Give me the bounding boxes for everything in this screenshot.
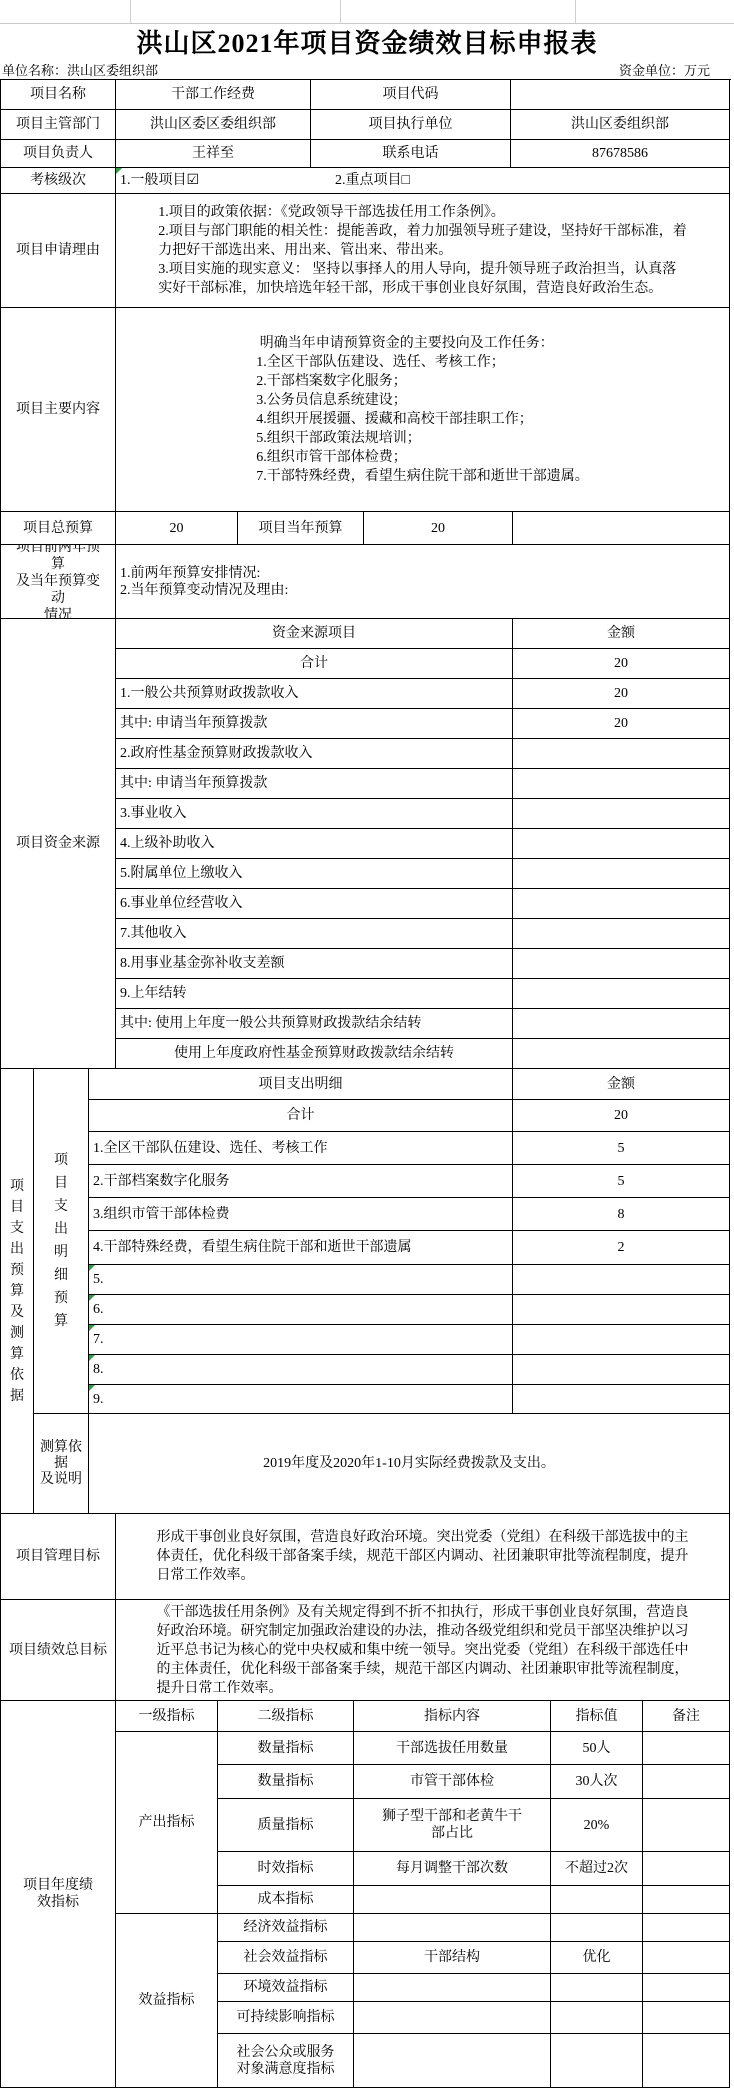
- expenditure-row: 1.全区干部队伍建设、选任、考核工作 5: [89, 1132, 730, 1165]
- gridline: [340, 0, 341, 23]
- indicator-group-label: 效益指标: [116, 1914, 218, 2088]
- row-project-name: 项目名称 干部工作经费 项目代码: [1, 80, 731, 110]
- form-table: 项目名称 干部工作经费 项目代码 项目主管部门 洪山区委区委组织部 项目执行单位…: [0, 79, 731, 2088]
- expenditure-row: 7.: [89, 1325, 730, 1355]
- cell-marker-icon: [89, 1355, 95, 1361]
- dept-value[interactable]: 洪山区委区委组织部: [116, 110, 311, 140]
- cell-marker-icon: [89, 1325, 95, 1331]
- funding-col-item: 资金来源项目: [116, 619, 513, 649]
- spreadsheet-form: 洪山区2021年项目资金绩效目标申报表 单位名称：洪山区委组织部 资金单位：万元…: [0, 0, 734, 2088]
- funding-row: 合计 20: [116, 649, 730, 679]
- expenditure-outer-label: 项目支出预算及测算依据: [1, 1069, 34, 1514]
- indicator-note[interactable]: [643, 2034, 730, 2088]
- indicator-row: 社会公众或服务 对象满意度指标: [218, 2034, 730, 2088]
- prev-budget-label: 项目前两年预算 及当年预算变动 情况: [1, 545, 116, 619]
- funding-amount[interactable]: 20: [513, 679, 730, 709]
- leader-value[interactable]: 王祥至: [116, 140, 311, 168]
- indicator-secondary: 时效指标: [218, 1852, 354, 1886]
- indicator-content[interactable]: [354, 1974, 551, 2002]
- funding-item[interactable]: 2.政府性基金预算财政拨款收入: [116, 739, 513, 769]
- funding-amount[interactable]: [513, 1009, 730, 1039]
- indicator-value[interactable]: [551, 2002, 643, 2034]
- funding-amount[interactable]: [513, 799, 730, 829]
- funding-section-label: 项目资金来源: [1, 619, 116, 1069]
- project-name-label: 项目名称: [1, 80, 116, 110]
- funding-col-amount: 金额: [513, 619, 730, 649]
- expenditure-detail-label: 项目支出明细预算: [34, 1069, 89, 1414]
- row-assess-level: 考核级次 1.一般项目☑ 2.重点项目□: [1, 168, 731, 194]
- expenditure-amount[interactable]: [513, 1385, 730, 1414]
- unit-name: 单位名称：洪山区委组织部: [0, 62, 158, 79]
- funding-item[interactable]: 4.上级补助收入: [116, 829, 513, 859]
- expenditure-detail-rows: 项目支出明细 金额 合计 20 1.全区干部队伍建设、选任、考核工作 5 2: [89, 1069, 730, 1414]
- indicator-value[interactable]: 20%: [551, 1799, 643, 1852]
- indicator-content[interactable]: 干部选拔任用数量: [354, 1732, 551, 1765]
- assess-level-label: 考核级次: [1, 168, 116, 194]
- expenditure-row: 2.干部档案数字化服务 5: [89, 1165, 730, 1198]
- indicator-value[interactable]: [551, 1886, 643, 1914]
- indicators-col-secondary: 二级指标: [218, 1701, 354, 1732]
- expenditure-item[interactable]: 合计: [89, 1100, 513, 1132]
- funding-row: 其中: 申请当年预算拨款 20: [116, 709, 730, 739]
- expenditure-section: 项目支出预算及测算依据 项目支出明细预算 项目支出明细 金额 合计 20: [1, 1069, 731, 1514]
- expenditure-amount[interactable]: 20: [513, 1100, 730, 1132]
- calc-basis-text[interactable]: 2019年度及2020年1-10月实际经费拨款及支出。: [89, 1414, 730, 1514]
- indicator-content[interactable]: [354, 2034, 551, 2088]
- expenditure-item[interactable]: 8.: [89, 1355, 513, 1385]
- indicator-value[interactable]: 50人: [551, 1732, 643, 1765]
- row-main-content: 项目主要内容 明确当年申请预算资金的主要投向及工作任务： 1.全区干部队伍建设、…: [1, 308, 731, 512]
- form-title: 洪山区2021年项目资金绩效目标申报表: [0, 24, 734, 62]
- indicator-content[interactable]: 狮子型干部和老黄牛干 部占比: [354, 1799, 551, 1852]
- funding-item[interactable]: 5.附属单位上缴收入: [116, 859, 513, 889]
- expenditure-amount[interactable]: 5: [513, 1132, 730, 1165]
- cell-marker-icon: [89, 1295, 95, 1301]
- indicator-secondary: 成本指标: [218, 1886, 354, 1914]
- indicator-note[interactable]: [643, 1914, 730, 1942]
- expenditure-inner: 项目支出明细预算 项目支出明细 金额 合计 20 1.全区干部队伍建设、选任、考…: [34, 1069, 730, 1514]
- indicator-group-rows: 数量指标 干部选拔任用数量 50人 数量指标 市管干部体检 30人次: [218, 1732, 730, 1914]
- funding-item[interactable]: 9.上年结转: [116, 979, 513, 1009]
- indicator-value[interactable]: 不超过2次: [551, 1852, 643, 1886]
- expenditure-item[interactable]: 2.干部档案数字化服务: [89, 1165, 513, 1198]
- expenditure-item[interactable]: 1.全区干部队伍建设、选任、考核工作: [89, 1132, 513, 1165]
- indicator-group-output: 产出指标 数量指标 干部选拔任用数量 50人 数量指标 市管干部体检 30人次: [116, 1732, 730, 1914]
- funding-item[interactable]: 6.事业单位经营收入: [116, 889, 513, 919]
- indicator-value[interactable]: [551, 2034, 643, 2088]
- indicator-secondary: 质量指标: [218, 1799, 354, 1852]
- prev-budget-text[interactable]: 1.前两年预算安排情况: 2.当年预算变动情况及理由:: [116, 545, 730, 619]
- phone-label: 联系电话: [311, 140, 511, 168]
- indicator-note[interactable]: [643, 1974, 730, 2002]
- indicators-header-row: 一级指标 二级指标 指标内容 指标值 备注: [116, 1701, 730, 1732]
- indicator-value[interactable]: 优化: [551, 1942, 643, 1974]
- indicators-table: 一级指标 二级指标 指标内容 指标值 备注 产出指标 数量指标 干部选拔任用数量…: [116, 1701, 730, 2088]
- total-budget-value[interactable]: 20: [116, 512, 238, 545]
- indicator-content[interactable]: [354, 2002, 551, 2034]
- indicator-note[interactable]: [643, 1852, 730, 1886]
- funding-row: 9.上年结转: [116, 979, 730, 1009]
- indicators-section: 项目年度绩效指标 一级指标 二级指标 指标内容 指标值 备注 产出指标 数量指标…: [1, 1701, 731, 2088]
- expenditure-amount[interactable]: [513, 1295, 730, 1325]
- indicator-note[interactable]: [643, 1942, 730, 1974]
- expenditure-header-row: 项目支出明细 金额: [89, 1069, 730, 1100]
- row-prev-budget: 项目前两年预算 及当年预算变动 情况 1.前两年预算安排情况: 2.当年预算变动…: [1, 545, 731, 619]
- indicator-value[interactable]: 30人次: [551, 1765, 643, 1799]
- funding-amount[interactable]: [513, 1039, 730, 1069]
- indicator-row: 时效指标 每月调整干部次数 不超过2次: [218, 1852, 730, 1886]
- funding-item[interactable]: 其中: 申请当年预算拨款: [116, 709, 513, 739]
- expenditure-amount[interactable]: [513, 1265, 730, 1295]
- indicator-secondary: 数量指标: [218, 1765, 354, 1799]
- project-name-value[interactable]: 干部工作经费: [116, 80, 311, 110]
- assess-level-value: 1.一般项目☑ 2.重点项目□: [116, 168, 730, 194]
- funding-amount[interactable]: [513, 979, 730, 1009]
- expenditure-amount[interactable]: 5: [513, 1165, 730, 1198]
- funding-item[interactable]: 合计: [116, 649, 513, 679]
- funding-rows: 资金来源项目 金额 合计 20 1.一般公共预算财政拨款收入 20 其中: 申请…: [116, 619, 730, 1069]
- indicator-secondary: 经济效益指标: [218, 1914, 354, 1942]
- form-subline: 单位名称：洪山区委组织部 资金单位：万元: [0, 62, 734, 79]
- indicator-group-label: 产出指标: [116, 1732, 218, 1914]
- indicator-secondary: 社会公众或服务 对象满意度指标: [218, 2034, 354, 2088]
- row-reason: 项目申请理由 1.项目的政策依据：《党政领导干部选拔任用工作条例》。 2.项目与…: [1, 194, 731, 308]
- indicators-col-content: 指标内容: [354, 1701, 551, 1732]
- indicator-value[interactable]: [551, 1974, 643, 2002]
- row-dept: 项目主管部门 洪山区委区委组织部 项目执行单位 洪山区委组织部: [1, 110, 731, 140]
- key-project-checkbox[interactable]: 2.重点项目□: [335, 172, 729, 189]
- budget-blank-cell[interactable]: [513, 512, 730, 545]
- funding-item[interactable]: 8.用事业基金弥补收支差额: [116, 949, 513, 979]
- indicator-row: 数量指标 市管干部体检 30人次: [218, 1765, 730, 1799]
- indicator-row: 环境效益指标: [218, 1974, 730, 2002]
- expenditure-item[interactable]: 3.组织市管干部体检费: [89, 1198, 513, 1231]
- year-budget-value[interactable]: 20: [364, 512, 513, 545]
- indicator-content[interactable]: 每月调整干部次数: [354, 1852, 551, 1886]
- expenditure-amount[interactable]: 8: [513, 1198, 730, 1231]
- funding-row: 2.政府性基金预算财政拨款收入: [116, 739, 730, 769]
- indicator-row: 可持续影响指标: [218, 2002, 730, 2034]
- funding-section: 项目资金来源 资金来源项目 金额 合计 20 1.一般公共预算财政拨款收入 20…: [1, 619, 731, 1069]
- funding-item[interactable]: 7.其他收入: [116, 919, 513, 949]
- phone-value[interactable]: 87678586: [511, 140, 730, 168]
- row-budget: 项目总预算 20 项目当年预算 20: [1, 512, 731, 545]
- reason-text[interactable]: 1.项目的政策依据：《党政领导干部选拔任用工作条例》。 2.项目与部门职能的相关…: [116, 194, 730, 308]
- funding-row: 1.一般公共预算财政拨款收入 20: [116, 679, 730, 709]
- gridline: [130, 0, 131, 23]
- reason-label: 项目申请理由: [1, 194, 116, 308]
- indicator-content[interactable]: 干部结构: [354, 1942, 551, 1974]
- expenditure-col-amount: 金额: [513, 1069, 730, 1100]
- expenditure-row: 4.干部特殊经费，看望生病住院干部和逝世干部遗属 2: [89, 1231, 730, 1265]
- general-project-checkbox[interactable]: 1.一般项目☑: [116, 172, 335, 189]
- indicator-group-benefit: 效益指标 经济效益指标 社会效益指标 干部结构 优化: [116, 1914, 730, 2088]
- indicators-col-value: 指标值: [551, 1701, 643, 1732]
- indicator-note[interactable]: [643, 2002, 730, 2034]
- expenditure-row: 3.组织市管干部体检费 8: [89, 1198, 730, 1231]
- management-goal-text[interactable]: 形成干事创业良好氛围，营造良好政治环境。突出党委（党组）在科级干部选拔中的主 体…: [116, 1514, 730, 1600]
- funding-row: 7.其他收入: [116, 919, 730, 949]
- indicator-row: 成本指标: [218, 1886, 730, 1914]
- expenditure-row: 8.: [89, 1355, 730, 1385]
- cell-marker-icon: [116, 168, 122, 174]
- funding-row: 其中: 申请当年预算拨款: [116, 769, 730, 799]
- funding-amount[interactable]: [513, 769, 730, 799]
- funding-row: 5.附属单位上缴收入: [116, 859, 730, 889]
- indicator-secondary: 社会效益指标: [218, 1942, 354, 1974]
- indicator-row: 数量指标 干部选拔任用数量 50人: [218, 1732, 730, 1765]
- expenditure-item[interactable]: 9.: [89, 1385, 513, 1414]
- expenditure-col-item: 项目支出明细: [89, 1069, 513, 1100]
- gridline: [575, 0, 576, 23]
- funding-item[interactable]: 3.事业收入: [116, 799, 513, 829]
- funding-row: 4.上级补助收入: [116, 829, 730, 859]
- indicators-col-note: 备注: [643, 1701, 730, 1732]
- exec-unit-value[interactable]: 洪山区委组织部: [511, 110, 730, 140]
- funding-amount[interactable]: [513, 739, 730, 769]
- indicator-note[interactable]: [643, 1799, 730, 1852]
- indicator-content[interactable]: [354, 1914, 551, 1942]
- indicator-secondary: 环境效益指标: [218, 1974, 354, 2002]
- expenditure-item[interactable]: 6.: [89, 1295, 513, 1325]
- indicator-secondary: 数量指标: [218, 1732, 354, 1765]
- expenditure-amount[interactable]: [513, 1355, 730, 1385]
- funding-row: 使用上年度政府性基金预算财政拨款结余结转: [116, 1039, 730, 1069]
- funding-item[interactable]: 其中: 使用上年度一般公共预算财政拨款结余结转: [116, 1009, 513, 1039]
- main-content-text[interactable]: 明确当年申请预算资金的主要投向及工作任务： 1.全区干部队伍建设、选任、考核工作…: [116, 308, 730, 512]
- row-leader: 项目负责人 王祥至 联系电话 87678586: [1, 140, 731, 168]
- indicator-secondary: 可持续影响指标: [218, 2002, 354, 2034]
- management-goal-label: 项目管理目标: [1, 1514, 116, 1600]
- expenditure-row: 9.: [89, 1385, 730, 1414]
- funding-amount[interactable]: [513, 859, 730, 889]
- overall-goal-text[interactable]: 《干部选拔任用条例》及有关规定得到不折不扣执行，形成干事创业良好氛围，营造良 好…: [116, 1600, 730, 1701]
- funding-row: 6.事业单位经营收入: [116, 889, 730, 919]
- top-gridlines: [0, 0, 734, 24]
- funding-amount[interactable]: 20: [513, 709, 730, 739]
- indicator-content[interactable]: 市管干部体检: [354, 1765, 551, 1799]
- cell-marker-icon: [89, 1385, 95, 1391]
- expenditure-item[interactable]: 5.: [89, 1265, 513, 1295]
- project-code-label: 项目代码: [311, 80, 511, 110]
- expenditure-item[interactable]: 4.干部特殊经费，看望生病住院干部和逝世干部遗属: [89, 1231, 513, 1265]
- cell-marker-icon: [89, 1265, 95, 1271]
- dept-label: 项目主管部门: [1, 110, 116, 140]
- total-budget-label: 项目总预算: [1, 512, 116, 545]
- year-budget-label: 项目当年预算: [238, 512, 364, 545]
- indicator-note[interactable]: [643, 1886, 730, 1914]
- indicator-content[interactable]: [354, 1886, 551, 1914]
- indicator-value[interactable]: [551, 1914, 643, 1942]
- expenditure-row: 6.: [89, 1295, 730, 1325]
- row-management-goal: 项目管理目标 形成干事创业良好氛围，营造良好政治环境。突出党委（党组）在科级干部…: [1, 1514, 731, 1600]
- expenditure-amount[interactable]: [513, 1325, 730, 1355]
- indicator-note[interactable]: [643, 1765, 730, 1799]
- expenditure-row: 5.: [89, 1265, 730, 1295]
- fund-unit: 资金单位：万元: [619, 62, 734, 79]
- indicator-group-rows: 经济效益指标 社会效益指标 干部结构 优化 环境效益指标: [218, 1914, 730, 2088]
- funding-amount[interactable]: [513, 889, 730, 919]
- indicator-row: 经济效益指标: [218, 1914, 730, 1942]
- leader-label: 项目负责人: [1, 140, 116, 168]
- expenditure-detail-block: 项目支出明细预算 项目支出明细 金额 合计 20 1.全区干部队伍建设、选任、考…: [34, 1069, 730, 1414]
- funding-header-row: 资金来源项目 金额: [116, 619, 730, 649]
- funding-item[interactable]: 其中: 申请当年预算拨款: [116, 769, 513, 799]
- assess-options: 1.一般项目☑ 2.重点项目□: [116, 172, 729, 189]
- overall-goal-label: 项目绩效总目标: [1, 1600, 116, 1701]
- expenditure-row: 合计 20: [89, 1100, 730, 1132]
- project-code-value[interactable]: [511, 80, 730, 110]
- main-content-label: 项目主要内容: [1, 308, 116, 512]
- row-overall-goal: 项目绩效总目标 《干部选拔任用条例》及有关规定得到不折不扣执行，形成干事创业良好…: [1, 1600, 731, 1701]
- exec-unit-label: 项目执行单位: [311, 110, 511, 140]
- funding-row: 3.事业收入: [116, 799, 730, 829]
- funding-amount[interactable]: [513, 829, 730, 859]
- funding-row: 8.用事业基金弥补收支差额: [116, 949, 730, 979]
- expenditure-item[interactable]: 7.: [89, 1325, 513, 1355]
- indicators-col-primary: 一级指标: [116, 1701, 218, 1732]
- indicators-section-label: 项目年度绩效指标: [1, 1701, 116, 2088]
- indicator-note[interactable]: [643, 1732, 730, 1765]
- indicator-row: 社会效益指标 干部结构 优化: [218, 1942, 730, 1974]
- calc-basis-label: 测算依据 及说明: [34, 1414, 89, 1514]
- funding-row: 其中: 使用上年度一般公共预算财政拨款结余结转: [116, 1009, 730, 1039]
- funding-amount[interactable]: [513, 949, 730, 979]
- expenditure-amount[interactable]: 2: [513, 1231, 730, 1265]
- funding-item[interactable]: 1.一般公共预算财政拨款收入: [116, 679, 513, 709]
- funding-amount[interactable]: 20: [513, 649, 730, 679]
- calc-basis-row: 测算依据 及说明 2019年度及2020年1-10月实际经费拨款及支出。: [34, 1414, 730, 1514]
- indicator-row: 质量指标 狮子型干部和老黄牛干 部占比 20%: [218, 1799, 730, 1852]
- funding-amount[interactable]: [513, 919, 730, 949]
- funding-item[interactable]: 使用上年度政府性基金预算财政拨款结余结转: [116, 1039, 513, 1069]
